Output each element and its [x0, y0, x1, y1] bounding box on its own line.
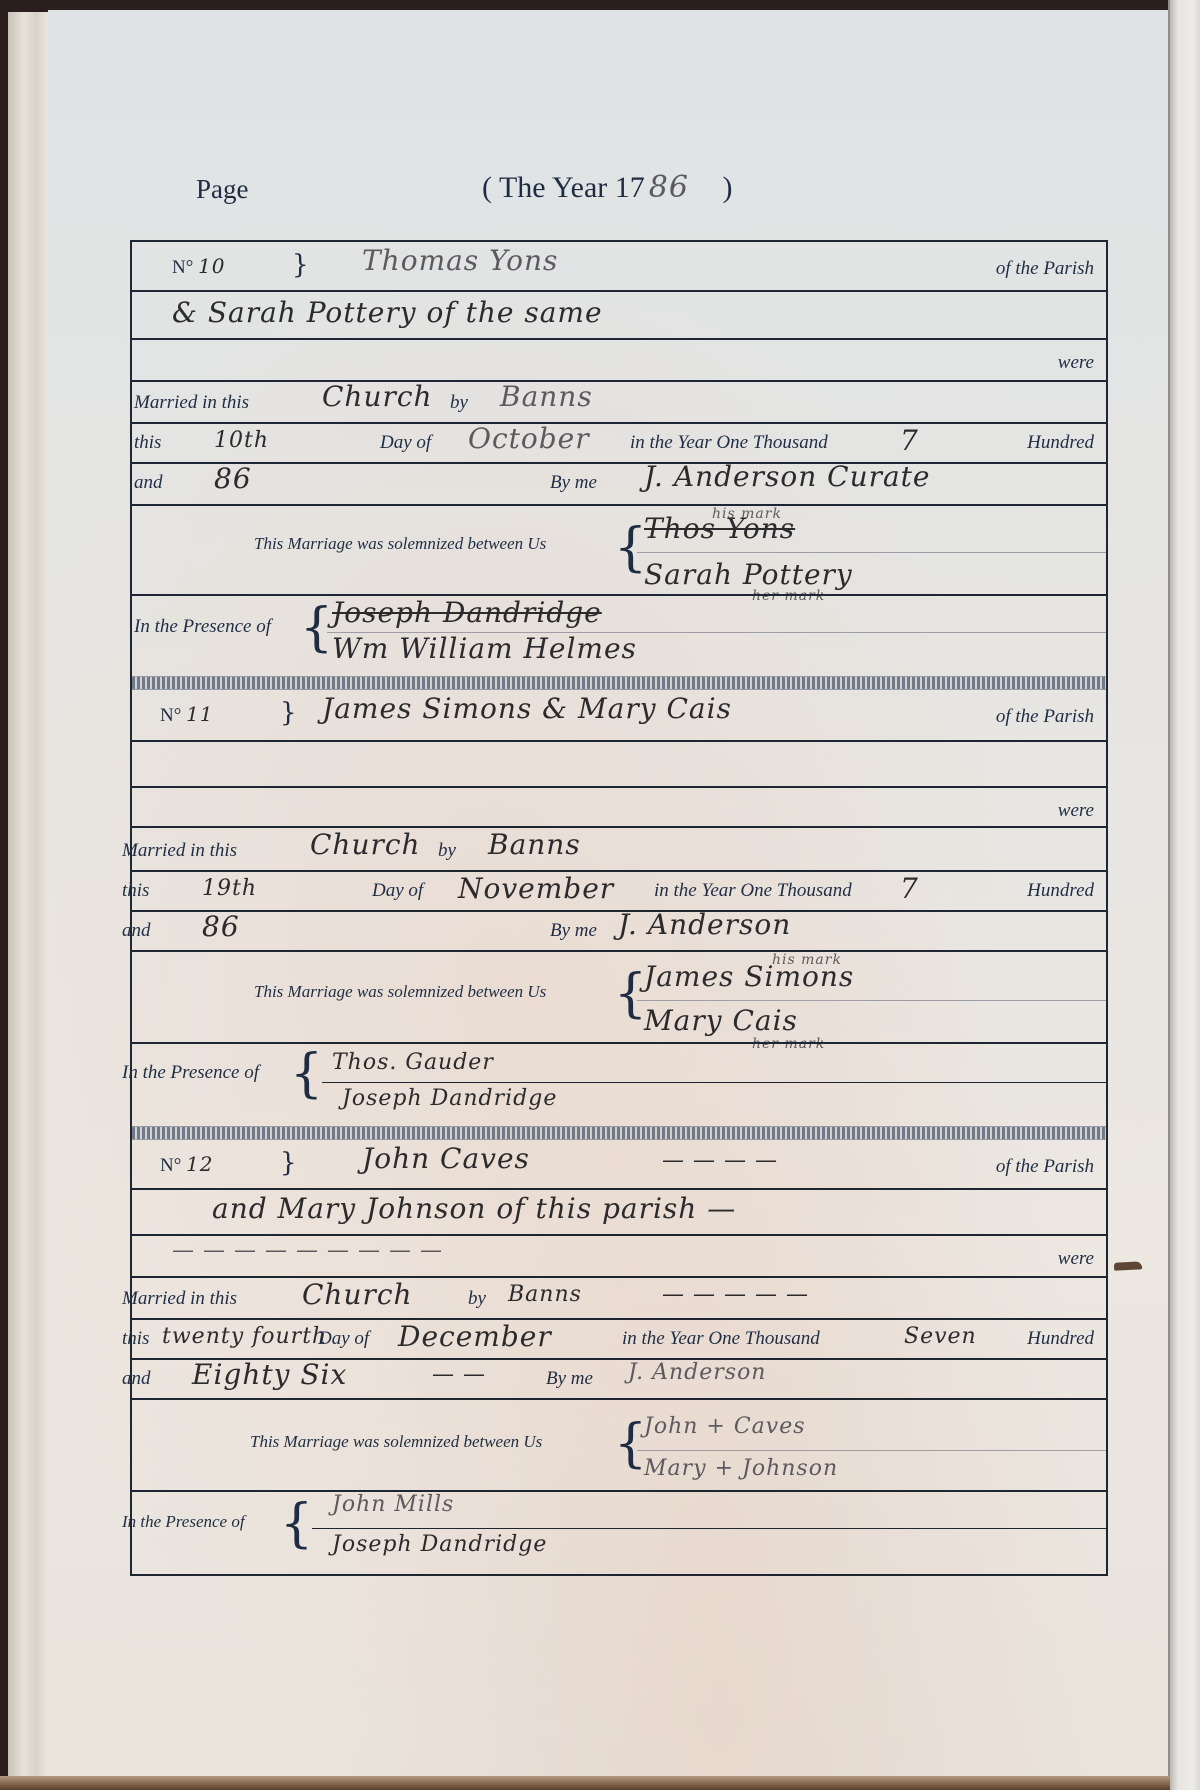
place-of-marriage: Church	[310, 828, 421, 861]
hundred-label: Hundred	[1027, 1328, 1094, 1350]
signature-groom-annotation: his mark	[712, 506, 782, 522]
by-me-label: By me	[550, 472, 597, 494]
by-label: by	[438, 840, 456, 862]
this-label: this	[122, 1328, 149, 1350]
married-in-this-label: Married in this	[122, 1288, 237, 1310]
groom-name: James Simons & Mary Cais	[322, 692, 732, 725]
married-in-this-label: Married in this	[134, 392, 249, 414]
marriage-method: Banns	[500, 380, 593, 413]
and-label: and	[122, 1368, 151, 1390]
hundred-label: Hundred	[1027, 432, 1094, 454]
year-filler: — —	[432, 1362, 486, 1387]
signature-bride: Mary Cais	[644, 1004, 798, 1037]
method-filler: — — — — —	[662, 1282, 809, 1307]
this-label: this	[134, 432, 161, 454]
year-label: in the Year One Thousand	[622, 1328, 820, 1350]
officiant-signature: J. Anderson	[628, 1360, 766, 1385]
day-of-label: Day of	[372, 880, 423, 902]
year-century: Seven	[904, 1324, 977, 1349]
marriage-month: October	[468, 422, 590, 455]
groom-name: Thomas Yons	[362, 244, 558, 277]
marriage-method: Banns	[508, 1282, 582, 1307]
this-label: this	[122, 880, 149, 902]
day-of-label: Day of	[318, 1328, 369, 1350]
register-entry-12: N° 12 } John Caves — — — — of the Parish…	[132, 1138, 1106, 1578]
marriage-day: twenty fourth	[162, 1324, 327, 1349]
groom-filler: — — — —	[662, 1148, 778, 1173]
of-the-parish-label: of the Parish	[996, 1156, 1094, 1178]
signature-bride: Sarah Pottery	[644, 558, 853, 591]
year-part: Eighty Six	[192, 1358, 347, 1391]
presence-label: In the Presence of	[122, 1512, 245, 1532]
marriage-day: 10th	[214, 428, 269, 453]
year-part: 86	[214, 462, 252, 495]
officiant-signature: J. Anderson	[618, 908, 791, 941]
by-me-label: By me	[546, 1368, 593, 1390]
and-label: and	[122, 920, 151, 942]
signature-bride: Mary + Johnson	[644, 1456, 838, 1481]
by-label: by	[468, 1288, 486, 1310]
and-label: and	[134, 472, 163, 494]
married-in-this-label: Married in this	[122, 840, 237, 862]
witness-1: John Mills	[332, 1492, 454, 1517]
register-entry-11: N° 11 } James Simons & Mary Cais of the …	[132, 688, 1106, 1133]
year-label: in the Year One Thousand	[654, 880, 852, 902]
witness-2: Wm William Helmes	[332, 632, 637, 665]
page-bottom-shadow	[0, 1776, 1170, 1790]
year-label: in the Year One Thousand	[630, 432, 828, 454]
page-label: Page	[196, 174, 248, 205]
solemnized-label: This Marriage was solemnized between Us	[254, 982, 546, 1002]
entry-number-label: N° 12	[160, 1152, 214, 1177]
of-the-parish-label: of the Parish	[996, 258, 1094, 280]
groom-name: John Caves	[362, 1142, 530, 1175]
ink-blot	[1114, 1261, 1142, 1270]
officiant-signature: J. Anderson Curate	[644, 460, 931, 493]
presence-label: In the Presence of	[134, 616, 271, 638]
solemnized-label: This Marriage was solemnized between Us	[254, 534, 546, 554]
year-century: 7	[900, 424, 919, 457]
year-heading: ( The Year 1786 )	[482, 170, 732, 205]
bride-line: & Sarah Pottery of the same	[172, 296, 603, 329]
witness-2: Joseph Dandridge	[342, 1086, 557, 1111]
book-edge-left	[8, 12, 49, 1782]
year-part: 86	[202, 910, 240, 943]
witness-1: Thos. Gauder	[332, 1050, 494, 1075]
filler-line: — — — — — — — — —	[172, 1238, 443, 1263]
signature-bride-annotation: her mark	[752, 1036, 825, 1052]
entry-number-label: N° 10	[172, 254, 226, 279]
marriage-day: 19th	[202, 876, 257, 901]
solemnized-label: This Marriage was solemnized between Us	[250, 1432, 542, 1452]
year-handwritten: 86	[649, 170, 689, 205]
bride-line: and Mary Johnson of this parish —	[212, 1192, 736, 1225]
year-century: 7	[900, 872, 919, 905]
register-entry-10: N° 10 } Thomas Yons of the Parish & Sara…	[132, 240, 1106, 685]
marriage-register-table: N° 10 } Thomas Yons of the Parish & Sara…	[130, 240, 1108, 1576]
witness-2: Joseph Dandridge	[332, 1532, 547, 1557]
next-page-edge	[1168, 0, 1200, 1790]
were-label: were	[1058, 800, 1094, 822]
place-of-marriage: Church	[322, 380, 433, 413]
marriage-month: December	[398, 1320, 552, 1353]
marriage-method: Banns	[488, 828, 581, 861]
were-label: were	[1058, 1248, 1094, 1270]
signature-groom: John + Caves	[644, 1414, 806, 1439]
signature-groom-annotation: his mark	[772, 952, 842, 968]
marriage-month: November	[458, 872, 614, 905]
of-the-parish-label: of the Parish	[996, 706, 1094, 728]
by-me-label: By me	[550, 920, 597, 942]
witness-1: Joseph Dandridge	[332, 596, 602, 629]
presence-label: In the Presence of	[122, 1062, 259, 1084]
by-label: by	[450, 392, 468, 414]
page-header: Page ( The Year 1786 )	[0, 168, 1200, 218]
were-label: were	[1058, 352, 1094, 374]
year-prefix: ( The Year 17	[482, 171, 645, 204]
year-suffix: )	[722, 171, 732, 204]
day-of-label: Day of	[380, 432, 431, 454]
hundred-label: Hundred	[1027, 880, 1094, 902]
entry-number-label: N° 11	[160, 702, 214, 727]
signature-bride-annotation: her mark	[752, 588, 825, 604]
place-of-marriage: Church	[302, 1278, 413, 1311]
